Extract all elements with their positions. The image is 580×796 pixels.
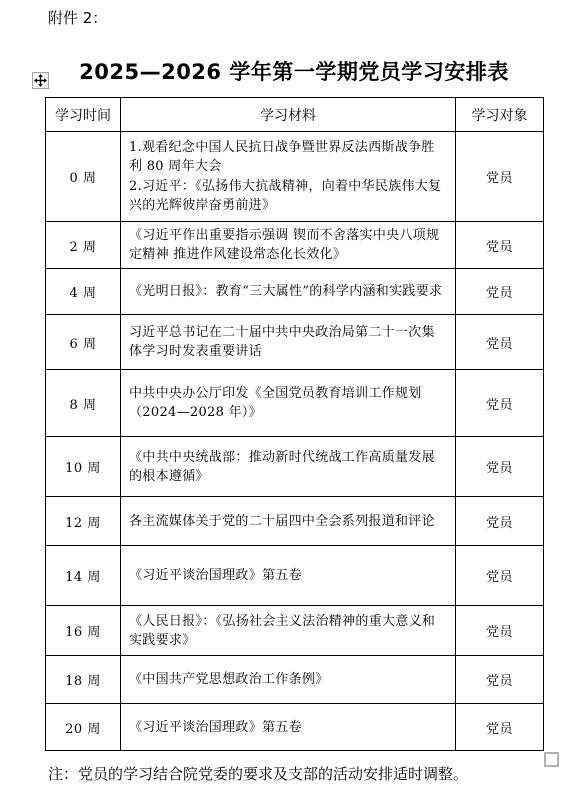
cell-study-material: 《习近平谈治国理政》第五卷 — [121, 704, 456, 751]
cell-study-target: 党员 — [456, 315, 544, 370]
cell-study-material: 《光明日报》：教育“三大属性”的科学内涵和实践要求 — [121, 269, 456, 315]
table-row: 0 周 1.观看纪念中国人民抗日战争暨世界反法西斯战争胜利 80 周年大会 2.… — [46, 132, 544, 222]
cell-study-target: 党员 — [456, 132, 544, 222]
table-row: 6 周 习近平总书记在二十届中共中央政治局第二十一次集体学习时发表重要讲话 党员 — [46, 315, 544, 370]
study-schedule-table: 学习时间 学习材料 学习对象 0 周 1.观看纪念中国人民抗日战争暨世界反法西斯… — [45, 97, 544, 751]
cell-study-material: 各主流媒体关于党的二十届四中全会系列报道和评论 — [121, 497, 456, 546]
table-row: 10 周 《中共中央统战部：推动新时代统战工作高质量发展的根本遵循》 党员 — [46, 437, 544, 497]
cell-study-material: 1.观看纪念中国人民抗日战争暨世界反法西斯战争胜利 80 周年大会 2.习近平：… — [121, 132, 456, 222]
attachment-label: 附件 2： — [48, 7, 107, 28]
cell-study-time: 20 周 — [46, 704, 121, 751]
table-row: 8 周 中共中央办公厅印发《全国党员教育培训工作规划（2024—2028 年）》… — [46, 370, 544, 437]
move-cross-icon — [34, 74, 47, 87]
cell-study-material: 《中国共产党思想政治工作条例》 — [121, 656, 456, 704]
table-resize-handle[interactable] — [544, 752, 559, 767]
cell-study-time: 16 周 — [46, 606, 121, 656]
header-study-time: 学习时间 — [46, 98, 121, 132]
document-page: 附件 2： 2025—2026 学年第一学期党员学习安排表 学习时间 — [0, 0, 580, 796]
cell-study-target: 党员 — [456, 606, 544, 656]
table-row: 2 周 《习近平作出重要指示强调 锲而不舍落实中央八项规定精神 推进作风建设常态… — [46, 222, 544, 269]
document-title: 2025—2026 学年第一学期党员学习安排表 — [45, 56, 543, 86]
cell-study-target: 党员 — [456, 370, 544, 437]
cell-study-time: 2 周 — [46, 222, 121, 269]
header-study-target: 学习对象 — [456, 98, 544, 132]
table-row: 4 周 《光明日报》：教育“三大属性”的科学内涵和实践要求 党员 — [46, 269, 544, 315]
header-study-material: 学习材料 — [121, 98, 456, 132]
cell-study-time: 4 周 — [46, 269, 121, 315]
cell-study-target: 党员 — [456, 656, 544, 704]
cell-study-material: 《习近平谈治国理政》第五卷 — [121, 546, 456, 606]
cell-study-material: 中共中央办公厅印发《全国党员教育培训工作规划（2024—2028 年）》 — [121, 370, 456, 437]
table-row: 14 周 《习近平谈治国理政》第五卷 党员 — [46, 546, 544, 606]
cell-study-target: 党员 — [456, 497, 544, 546]
cell-study-material: 《习近平作出重要指示强调 锲而不舍落实中央八项规定精神 推进作风建设常态化长效化… — [121, 222, 456, 269]
cell-study-time: 18 周 — [46, 656, 121, 704]
cell-study-material: 习近平总书记在二十届中共中央政治局第二十一次集体学习时发表重要讲话 — [121, 315, 456, 370]
table-header-row: 学习时间 学习材料 学习对象 — [46, 98, 544, 132]
table-row: 16 周 《人民日报》：《弘扬社会主义法治精神的重大意义和实践要求》 党员 — [46, 606, 544, 656]
cell-study-target: 党员 — [456, 546, 544, 606]
cell-study-time: 10 周 — [46, 437, 121, 497]
cell-study-time: 12 周 — [46, 497, 121, 546]
cell-study-target: 党员 — [456, 704, 544, 751]
table-move-handle[interactable] — [32, 72, 49, 89]
cell-study-time: 0 周 — [46, 132, 121, 222]
table-row: 12 周 各主流媒体关于党的二十届四中全会系列报道和评论 党员 — [46, 497, 544, 546]
cell-study-time: 8 周 — [46, 370, 121, 437]
table-row: 18 周 《中国共产党思想政治工作条例》 党员 — [46, 656, 544, 704]
cell-study-material: 《人民日报》：《弘扬社会主义法治精神的重大意义和实践要求》 — [121, 606, 456, 656]
table-row: 20 周 《习近平谈治国理政》第五卷 党员 — [46, 704, 544, 751]
cell-study-material: 《中共中央统战部：推动新时代统战工作高质量发展的根本遵循》 — [121, 437, 456, 497]
cell-study-target: 党员 — [456, 437, 544, 497]
cell-study-target: 党员 — [456, 222, 544, 269]
cell-study-time: 14 周 — [46, 546, 121, 606]
cell-study-time: 6 周 — [46, 315, 121, 370]
footer-note: 注：党员的学习结合院党委的要求及支部的活动安排适时调整。 — [48, 763, 468, 784]
cell-study-target: 党员 — [456, 269, 544, 315]
